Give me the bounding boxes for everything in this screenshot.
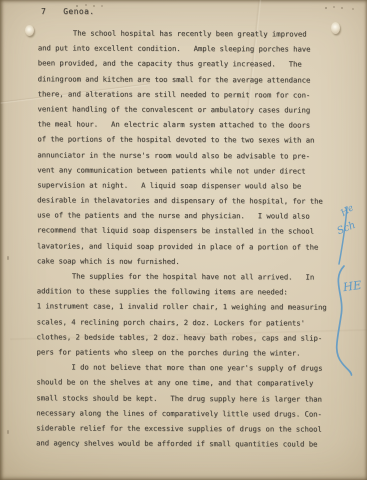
typed-line: recommend that liquid soap dispensers be… (37, 223, 339, 240)
typed-line: vent any communication between patients … (37, 162, 339, 179)
typed-line: of the portions of the hospital devoted … (37, 132, 339, 149)
typed-text-body: The school hospital has recently been gr… (36, 25, 340, 452)
page-number: 7 (41, 7, 46, 16)
typed-line: diningroom and kitchen are too small for… (38, 71, 340, 88)
typed-line: addition to these supplies the following… (37, 284, 339, 301)
scanned-document-page: { "page": { "page_number": "7", "locatio… (0, 0, 367, 480)
page-header: 7Genoa. (41, 7, 95, 16)
typed-line: venient handling of the convalescent or … (38, 101, 340, 118)
location-title: Genoa. (63, 7, 94, 16)
typed-line: been provided, and the capacity thus gre… (38, 56, 340, 73)
typed-line: The supplies for the hospital have not a… (37, 268, 339, 285)
typed-line: 1 instrument case, 1 invalid roller chai… (37, 299, 339, 316)
typed-line: there, and alterations are still needed … (38, 86, 340, 103)
typed-line: the meal hour. An electric alarm system … (37, 116, 339, 133)
typed-line: necessary along the lines of comparative… (36, 405, 338, 422)
typed-line: cake soap which is now furnished. (37, 253, 339, 270)
typed-line: and put into excellent condition. Ample … (38, 41, 340, 58)
pencil-mark-left-edge (7, 256, 9, 260)
typed-line: scales, 4 reclining porch chairs, 2 doz.… (37, 314, 339, 331)
typed-line: I do not believe that more than one year… (36, 359, 338, 376)
pencil-marks-top-right (325, 7, 327, 9)
typed-line: desirable in thelavatories and dispensar… (37, 192, 339, 209)
typed-line: clothes, 2 bedside tables, 2 doz. heavy … (37, 329, 339, 346)
typed-line: small stocks should be kept. The drug su… (36, 390, 338, 407)
typed-line: The school hospital has recently been gr… (38, 25, 340, 42)
typed-line: and agency shelves would be afforded if … (36, 435, 338, 452)
typed-line: siderable relief for the excessive suppl… (36, 420, 338, 437)
typed-line: supervision at night. A liquid soap disp… (37, 177, 339, 194)
typed-line: pers for patients who sleep on the porch… (36, 344, 338, 361)
typed-line: lavatories, and liquid soap provided in … (37, 238, 339, 255)
typed-line: use of the patients and the nurse and ph… (37, 208, 339, 225)
typed-line: annunciator in the nurse's room would al… (37, 147, 339, 164)
pencil-mark-left-edge (7, 430, 9, 434)
typed-line: should be on the shelves at any one time… (36, 375, 338, 392)
